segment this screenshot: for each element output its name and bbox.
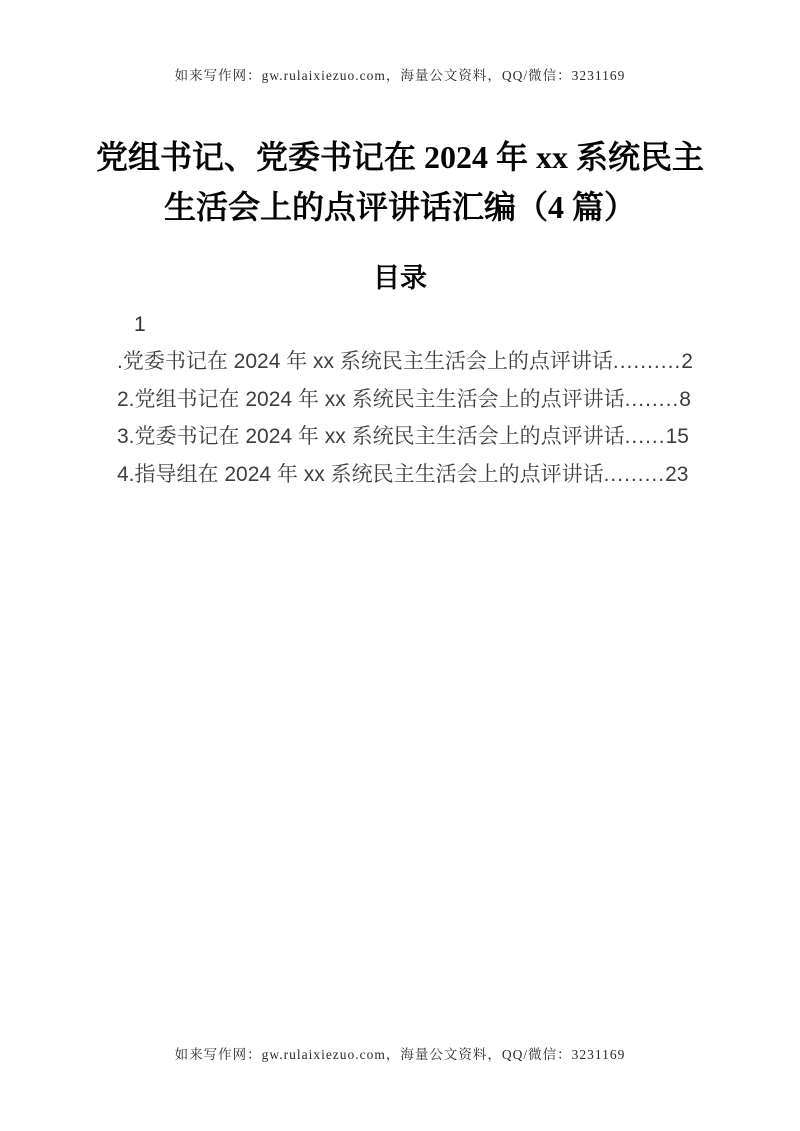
document-title-line-1: 党组书记、党委书记在 2024 年 xx 系统民主 (60, 132, 740, 182)
toc-page-number: 8 (679, 388, 691, 411)
toc-dot-leader: ......... (604, 463, 666, 486)
toc-heading: 目录 (0, 259, 800, 297)
toc-entry-label: 2.党组书记在 2024 年 xx 系统民主生活会上的点评讲话 (117, 388, 625, 411)
toc-entry-label: 3.党委书记在 2024 年 xx 系统民主生活会上的点评讲话 (117, 425, 625, 448)
document-title-line-2: 生活会上的点评讲话汇编（4 篇） (60, 182, 740, 232)
toc-page-number: 23 (665, 463, 688, 486)
document-title: 党组书记、党委书记在 2024 年 xx 系统民主 生活会上的点评讲话汇编（4 … (60, 132, 740, 232)
page-footer-watermark: 如来写作网：gw.rulaixiezuo.com，海量公文资料，QQ/微信：32… (0, 1043, 800, 1063)
toc-entry-2[interactable]: 2.党组书记在 2024 年 xx 系统民主生活会上的点评讲话........8 (117, 381, 687, 419)
toc-page-number: 2 (681, 350, 693, 373)
toc-dot-leader: ........ (625, 388, 680, 411)
toc-orphan-number: 1 (117, 307, 687, 343)
table-of-contents: 1 .党委书记在 2024 年 xx 系统民主生活会上的点评讲话........… (117, 307, 687, 493)
toc-entry-label: 4.指导组在 2024 年 xx 系统民主生活会上的点评讲话 (117, 463, 604, 486)
toc-dot-leader: .......... (613, 350, 681, 373)
toc-dot-leader: ...... (625, 425, 666, 448)
document-page: 如来写作网：gw.rulaixiezuo.com，海量公文资料，QQ/微信：32… (0, 0, 800, 1131)
toc-page-number: 15 (666, 425, 689, 448)
toc-entry-4[interactable]: 4.指导组在 2024 年 xx 系统民主生活会上的点评讲话.........2… (117, 456, 687, 494)
page-header-watermark: 如来写作网：gw.rulaixiezuo.com，海量公文资料，QQ/微信：32… (0, 64, 800, 84)
toc-entry-label: .党委书记在 2024 年 xx 系统民主生活会上的点评讲话 (117, 350, 613, 373)
toc-entry-3[interactable]: 3.党委书记在 2024 年 xx 系统民主生活会上的点评讲话......15 (117, 418, 687, 456)
toc-entry-1[interactable]: .党委书记在 2024 年 xx 系统民主生活会上的点评讲话..........… (117, 343, 687, 381)
